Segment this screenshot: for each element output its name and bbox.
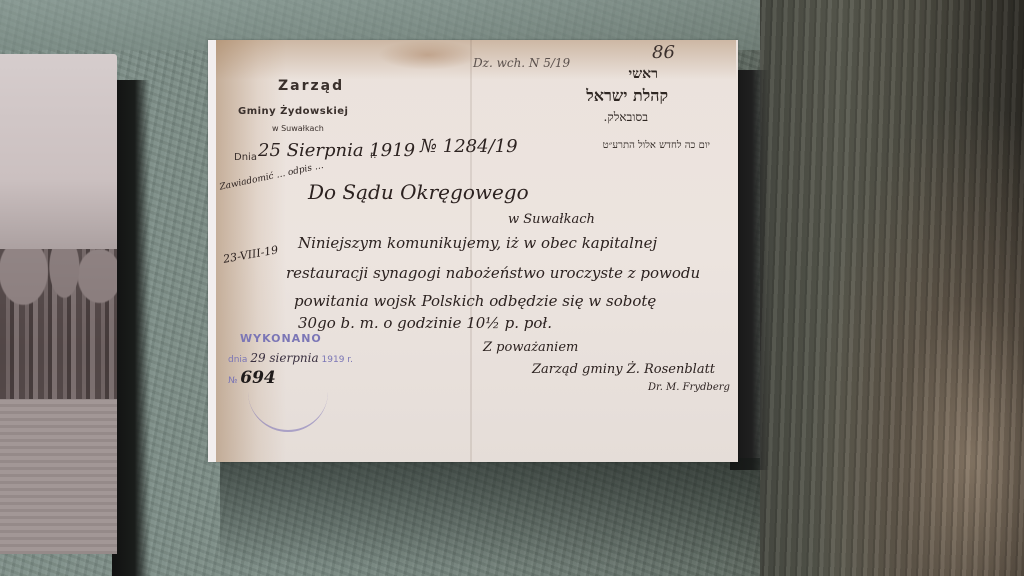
hebrew-letterhead-line2: קהלת ישראל [586, 86, 668, 106]
archival-crowd-photo [0, 54, 117, 554]
street-ground [0, 399, 117, 554]
body-line: Niniejszym komunikujemy, iż w obec kapit… [298, 234, 657, 252]
page-number: 86 [652, 42, 675, 63]
stamp-year: 1919 r. [322, 355, 354, 365]
letterhead-subtitle: Gminy Żydowskiej [238, 106, 348, 117]
body-line: 30go b. m. o godzinie 10½ p. poł. [298, 314, 552, 332]
addressee-line1: Do Sądu Okręgowego [308, 180, 529, 204]
date-label: Dnia [234, 152, 257, 163]
stamp-number-handwritten: 694 [240, 368, 276, 388]
stamp-number-row: № 694 [228, 368, 353, 388]
body-line: restauracji synagogi nabożeństwo uroczys… [286, 264, 700, 282]
stamp-date-handwritten: 29 sierpnia [250, 351, 318, 365]
document-shadow-bottom [220, 458, 760, 568]
stamp-title: WYKONANO [228, 332, 353, 345]
closing: Z poważaniem [483, 340, 578, 355]
signature-secondary: Dr. M. Frydberg [648, 382, 730, 393]
executed-stamp: WYKONANO dnia 29 sierpnia 1919 r. № 694 [228, 332, 353, 388]
date-suffix: r. [370, 150, 376, 161]
photo-shadow [112, 80, 150, 576]
addressee-line2: w Suwałkach [508, 212, 595, 227]
body-line: powitania wojsk Polskich odbędzie się w … [294, 292, 656, 310]
date-handwritten: 25 Sierpnia 1919 [258, 140, 415, 161]
rough-wall-section [760, 0, 1024, 576]
signature: Zarząd gminy Ż. Rosenblatt [532, 362, 715, 377]
historical-letter: Zarząd Gminy Żydowskiej w Suwałkach Dnia… [208, 40, 738, 462]
incoming-reference: Dz. wch. N 5/19 [473, 56, 570, 70]
crowd-with-umbrellas [0, 249, 117, 399]
hebrew-date: יום כה לחדש אלול התרע״ט [603, 140, 710, 151]
hebrew-letterhead-line1: ראשי [629, 66, 658, 83]
letterhead-city: w Suwałkach [272, 124, 324, 133]
stamp-date-row: dnia 29 sierpnia 1919 r. [228, 351, 353, 365]
stamp-date-prefix: dnia [228, 355, 247, 365]
hebrew-letterhead-line3: בסובאלק. [603, 110, 648, 125]
mount-edge [208, 40, 216, 462]
letterhead-title: Zarząd [278, 78, 344, 94]
stamp-number-prefix: № [228, 376, 237, 386]
age-stain-blob [378, 40, 478, 70]
reference-number: № 1284/19 [420, 136, 518, 157]
